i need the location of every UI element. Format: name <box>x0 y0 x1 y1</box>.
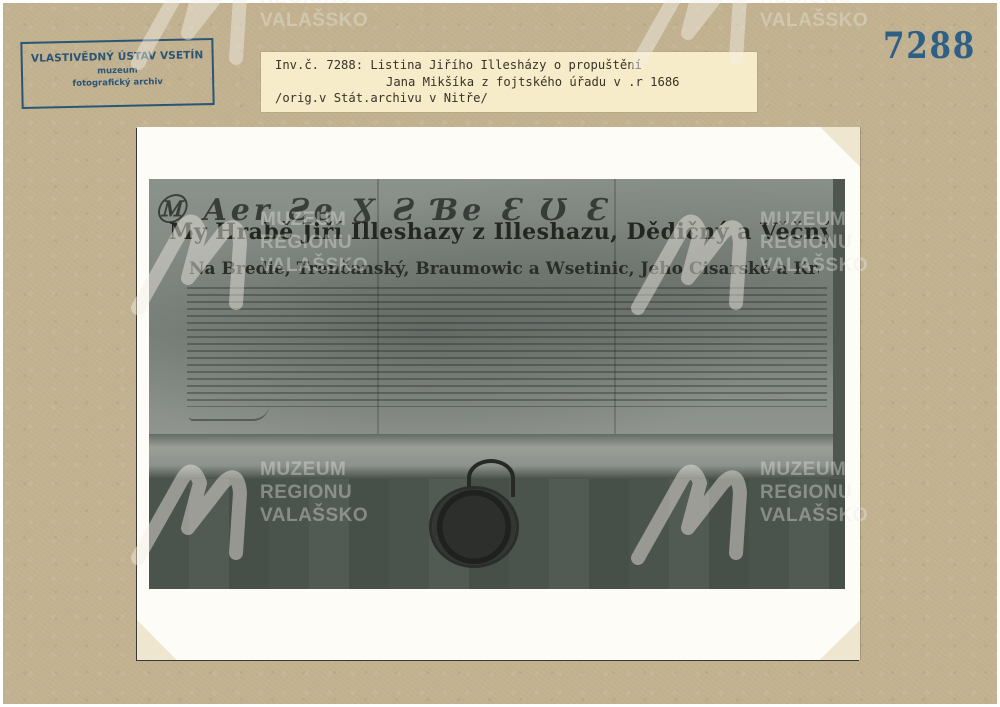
cardboard-mount: VLASTIVĚDNÝ ÚSTAV VSETÍN muzeum fotograf… <box>3 3 997 704</box>
caption-line-3: /orig.v Stát.archivu v Nitře/ <box>275 90 757 107</box>
inventory-number: 7288 <box>883 25 976 67</box>
charter-subline: Na Bredie, Trenčanský, Braumowic a Wseti… <box>189 259 819 279</box>
charter-signature <box>189 405 269 421</box>
typed-caption-label: Inv.č. 7288: Listina Jiřího Illesházy o … <box>261 52 757 112</box>
wax-seal-icon <box>432 489 516 565</box>
charter-headline: My Hrabě Jiří Illeshazy z Illeshazu, Děd… <box>169 219 829 245</box>
stamp-archive: fotografický archiv <box>23 76 212 90</box>
photo-corner-mount <box>137 620 177 660</box>
charter-parchment: Ⓜ Aer Ƨe Ɣ Ƨ Ɓe Ɛ Ʊ Ɛ My Hrabě Jiří Ille… <box>149 179 833 434</box>
watermark-text: MUZEUMREGIONUVALAŠSKO <box>760 0 868 32</box>
charter-body-text <box>187 287 827 407</box>
stamp-institution: VLASTIVĚDNÝ ÚSTAV VSETÍN <box>23 49 212 65</box>
photo-corner-mount <box>820 127 860 167</box>
mounted-photograph: Ⓜ Aer Ƨe Ɣ Ƨ Ɓe Ɛ Ʊ Ɛ My Hrabě Jiří Ille… <box>137 127 860 660</box>
caption-line-2: Jana Mikšíka z fojtského úřadu v .r 1686 <box>275 74 757 91</box>
watermark-text: MUZEUMREGIONUVALAŠSKO <box>260 0 368 32</box>
charter-photo-scene: Ⓜ Aer Ƨe Ɣ Ƨ Ɓe Ɛ Ʊ Ɛ My Hrabě Jiří Ille… <box>149 179 845 589</box>
photo-corner-mount <box>820 620 860 660</box>
caption-line-1: Inv.č. 7288: Listina Jiřího Illesházy o … <box>275 57 757 74</box>
archive-stamp: VLASTIVĚDNÝ ÚSTAV VSETÍN muzeum fotograf… <box>20 38 214 109</box>
